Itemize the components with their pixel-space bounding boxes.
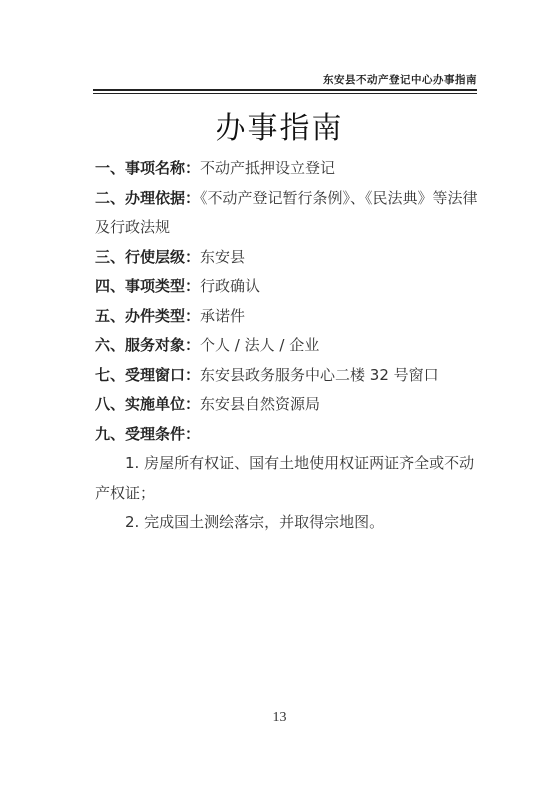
item-agency: 八、实施单位：东安县自然资源局 [95,390,480,420]
page-title: 办事指南 [0,103,559,147]
condition-1: 1. 房屋所有权证、国有土地使用权证两证齐全或不动产权证； [95,449,480,508]
item-conditions: 九、受理条件： [95,420,480,450]
running-header: 东安县不动产登记中心办事指南 [93,72,477,87]
item-case-type: 五、办件类型：承诺件 [95,302,480,332]
item-service-target: 六、服务对象：个人 / 法人 / 企业 [95,331,480,361]
item-basis: 二、办理依据：《不动产登记暂行条例》、《民法典》等法律及行政法规 [95,184,480,243]
header-rule-thin [93,93,477,94]
item-window: 七、受理窗口：东安县政务服务中心二楼 32 号窗口 [95,361,480,391]
header-rule-thick [93,89,477,91]
document-page: 东安县不动产登记中心办事指南 办事指南 一、事项名称：不动产抵押设立登记 二、办… [0,0,559,793]
condition-2: 2. 完成国土测绘落宗，并取得宗地图。 [95,508,480,538]
page-number: 13 [0,710,559,726]
item-name: 一、事项名称：不动产抵押设立登记 [95,154,480,184]
item-level: 三、行使层级：东安县 [95,243,480,273]
item-type: 四、事项类型：行政确认 [95,272,480,302]
guide-content: 一、事项名称：不动产抵押设立登记 二、办理依据：《不动产登记暂行条例》、《民法典… [95,154,480,538]
